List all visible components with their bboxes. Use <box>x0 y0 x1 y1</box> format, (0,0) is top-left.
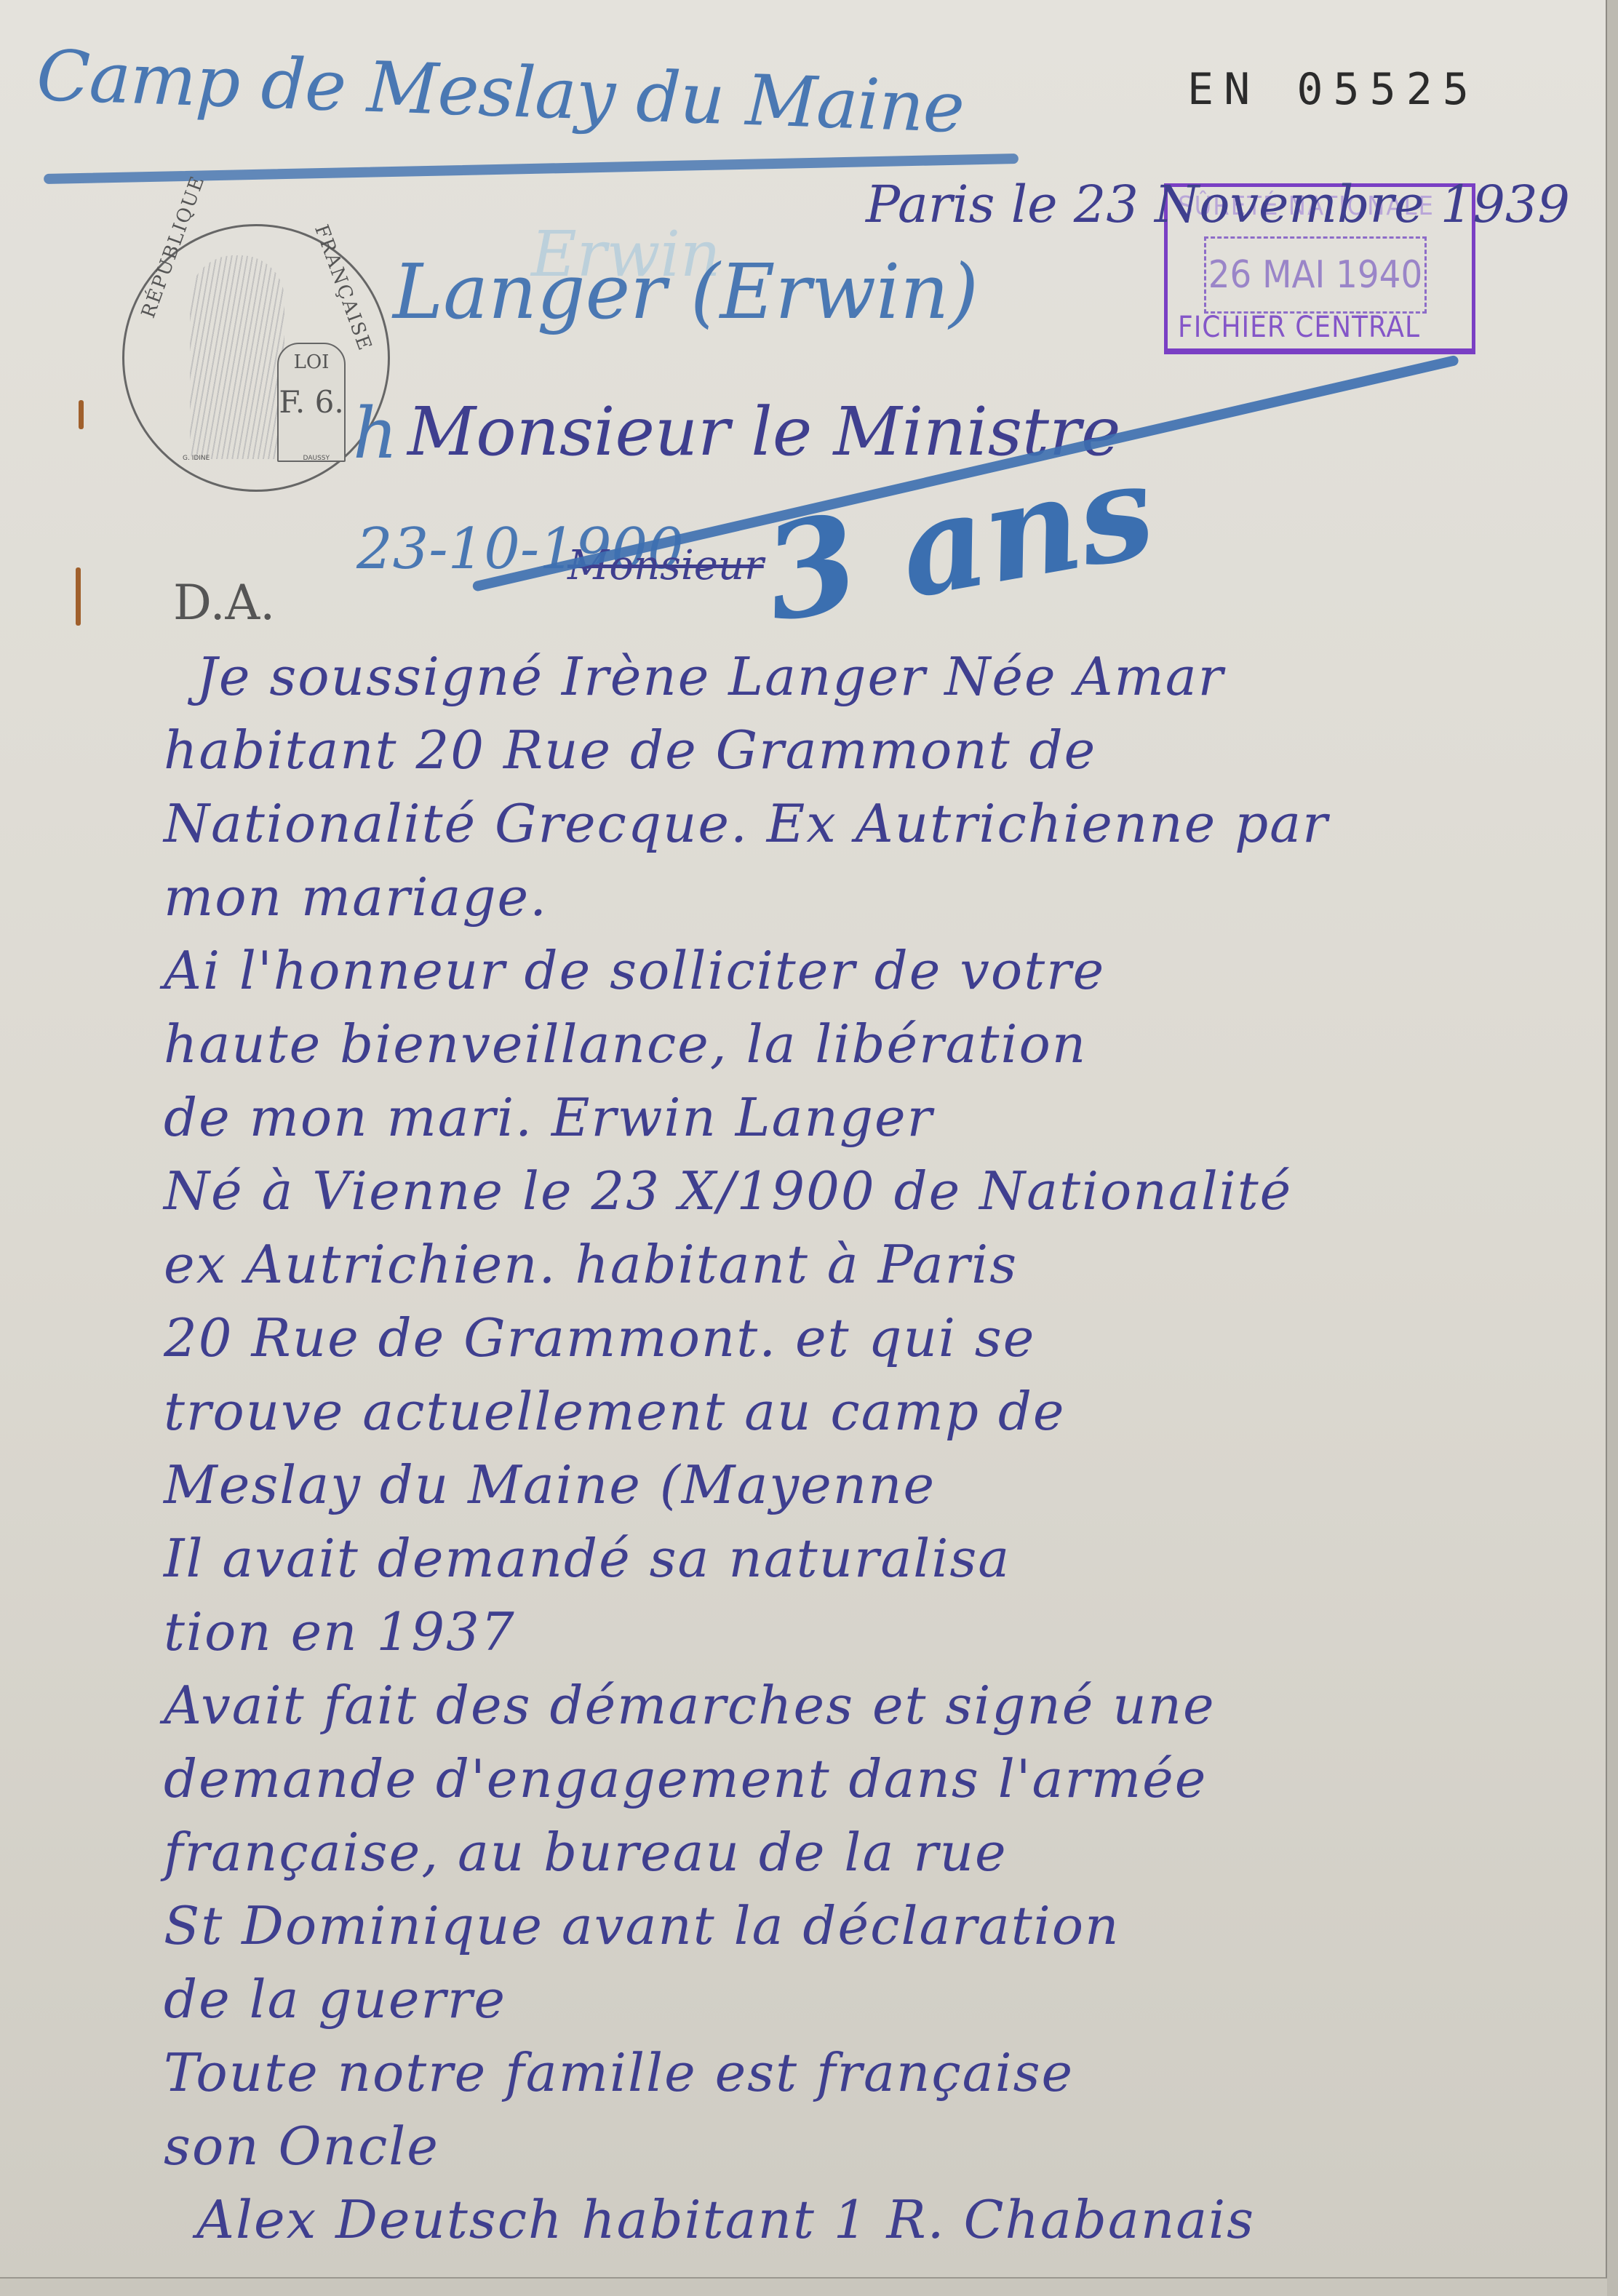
prefix-annotation: h <box>353 393 398 474</box>
letter-date: Paris le 23 Novembre 1939 <box>866 175 1570 234</box>
crossed-out-word: Monsieur <box>567 542 764 589</box>
body-line: Je soussigné Irène Langer Née Amar <box>164 640 1590 714</box>
body-line: Nationalité Grecque. Ex Autrichienne par <box>164 787 1590 861</box>
body-line: haute bienveillance, la libération <box>164 1008 1590 1081</box>
body-line: de la guerre <box>164 1963 1590 2036</box>
body-line: Né à Vienne le 23 X/1900 de Nationalité <box>164 1155 1590 1228</box>
body-line: habitant 20 Rue de Grammont de <box>164 714 1590 787</box>
stamp-date: 26 MAI 1940 <box>1204 236 1427 314</box>
name-annotation: Langer (Erwin) <box>393 247 979 336</box>
justice-figure-icon <box>190 255 284 459</box>
body-line: Ai l'honneur de solliciter de votre <box>164 934 1590 1008</box>
body-line: Il avait demandé sa naturalisa <box>164 1522 1590 1595</box>
reference-number: EN 05525 <box>1187 64 1479 115</box>
body-line: Avait fait des démarches et signé une <box>164 1669 1590 1742</box>
stamp-bottom-text: FICHIER CENTRAL <box>1178 311 1420 344</box>
da-header: D.A. <box>173 575 275 631</box>
staple-hole-mark <box>79 400 84 429</box>
tablet-text: LOI <box>279 351 344 373</box>
underlying-page-edge <box>1607 0 1618 2296</box>
stamp-value: F. 6. <box>279 386 344 418</box>
body-line: trouve actuellement au camp de <box>164 1375 1590 1448</box>
staple-hole-mark <box>76 567 81 626</box>
body-line: Alex Deutsch habitant 1 R. Chabanais <box>164 2183 1590 2257</box>
body-line: 20 Rue de Grammont. et qui se <box>164 1302 1590 1375</box>
engraver-left: G. IDINE <box>183 455 210 462</box>
body-line: Toute notre famille est française <box>164 2036 1590 2110</box>
body-line: son Oncle <box>164 2110 1590 2183</box>
body-line: demande d'engagement dans l'armée <box>164 1742 1590 1816</box>
body-line: tion en 1937 <box>164 1595 1590 1669</box>
body-line: mon mariage. <box>164 861 1590 934</box>
body-line: Meslay du Maine (Mayenne <box>164 1448 1590 1522</box>
letter-body: Je soussigné Irène Langer Née Amar habit… <box>164 640 1590 2257</box>
body-line: française, au bureau de la rue <box>164 1816 1590 1889</box>
body-line: St Dominique avant la déclaration <box>164 1889 1590 1963</box>
law-tablet: LOI F. 6. <box>277 343 346 462</box>
engraver-right: DAUSSY <box>303 455 330 462</box>
body-line: de mon mari. Erwin Langer <box>164 1081 1590 1155</box>
body-line: ex Autrichien. habitant à Paris <box>164 1228 1590 1302</box>
fiscal-stamp: RÉPUBLIQUE FRANÇAISE LOI F. 6. G. IDINE … <box>122 224 390 492</box>
engraver-credits: G. IDINE DAUSSY <box>183 455 330 462</box>
